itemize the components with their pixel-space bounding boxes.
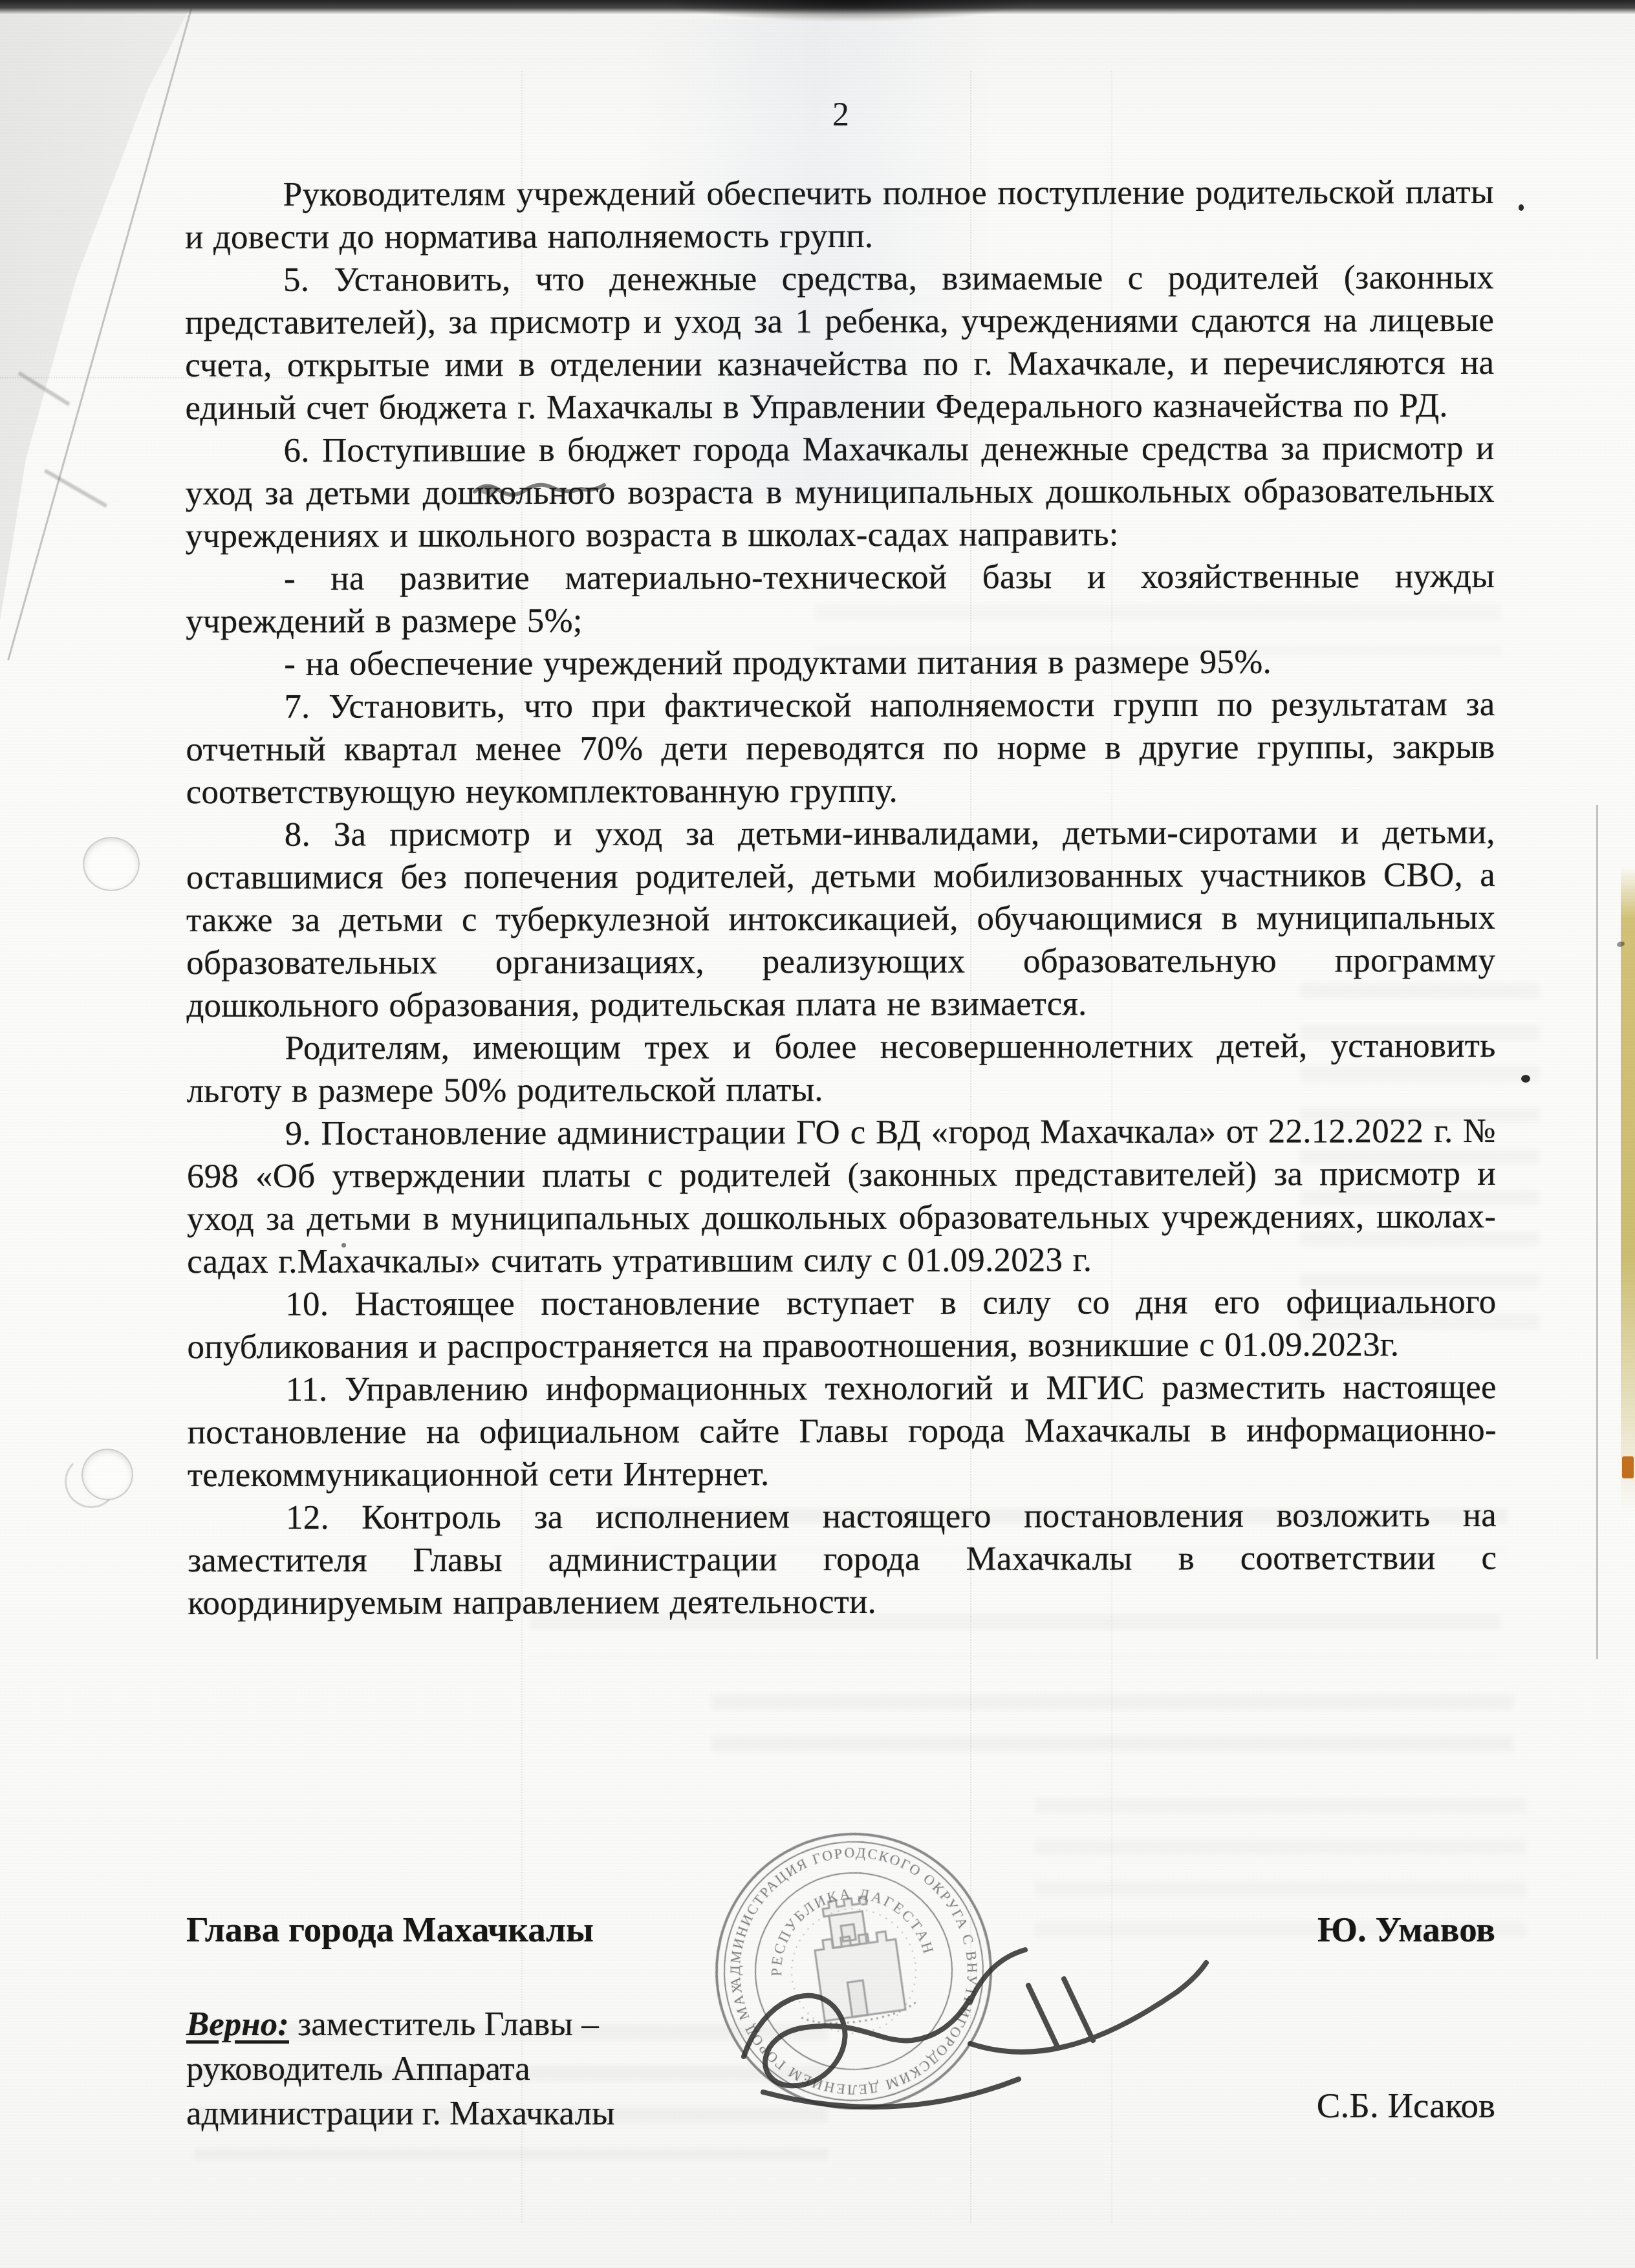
- paragraph-item7: 7. Установить, что при фактической напол…: [186, 683, 1495, 814]
- scan-edge-orange-mark: [1622, 1456, 1634, 1478]
- scan-edge-yellow-strip: [1621, 867, 1635, 1513]
- certifier-title-1: заместитель Главы –: [289, 2005, 599, 2043]
- paragraph-bullet1: - на развитие материально-технической ба…: [186, 555, 1495, 643]
- paragraph-item8: 8. За присмотр и уход за детьми-инвалида…: [186, 811, 1496, 1027]
- certification-line: Верно: заместитель Главы –: [186, 2002, 615, 2047]
- ink-speck: [1521, 1075, 1530, 1083]
- hole-punch: [84, 838, 138, 890]
- paper-right-edge: [1596, 805, 1598, 1659]
- scan-top-edge-shadow: [0, 0, 1635, 14]
- paragraph-item6: 6. Поступившие в бюджет города Махачкалы…: [185, 427, 1494, 557]
- hole-punch: [83, 1450, 132, 1499]
- signer-name: Ю. Умавов: [1317, 1909, 1495, 1950]
- verno-label: Верно:: [186, 2005, 289, 2043]
- paragraph-item9: 9. Постановление администрации ГО с ВД «…: [187, 1110, 1497, 1283]
- paragraph-item5: 5. Установить, что денежные средства, вз…: [185, 256, 1495, 429]
- paragraph-item11: 11. Управлению информационных технологий…: [188, 1366, 1497, 1496]
- certifier-name: С.Б. Исаков: [1317, 2085, 1495, 2126]
- paragraph-item10: 10. Настоящее постановление вступает в с…: [187, 1280, 1496, 1368]
- page-number: 2: [186, 96, 1495, 134]
- ink-speck: [1519, 204, 1524, 211]
- paragraph-parents: Родителям, имеющим трех и более несоверш…: [186, 1024, 1495, 1112]
- document-body: Руководителям учреждений обеспечить полн…: [185, 171, 1497, 1625]
- position-title: Глава города Махачкалы: [186, 1909, 594, 1950]
- paragraph-item12: 12. Контроль за исполнением настоящего п…: [188, 1494, 1497, 1625]
- scanned-document-page: 2 Руководителям учреждений обеспечить по…: [0, 0, 1635, 2268]
- handwritten-signature: [666, 1895, 1235, 2154]
- certifier-title-3: администрации г. Махачкалы: [186, 2091, 615, 2136]
- certification-block: Верно: заместитель Главы – руководитель …: [186, 2002, 615, 2136]
- bleed-through-artifact: [711, 1694, 1513, 1753]
- certifier-title-2: руководитель Аппарата: [186, 2047, 615, 2091]
- paragraph-bullet2: - на обеспечение учреждений продуктами п…: [186, 640, 1495, 686]
- paragraph-intro: Руководителям учреждений обеспечить полн…: [185, 171, 1494, 259]
